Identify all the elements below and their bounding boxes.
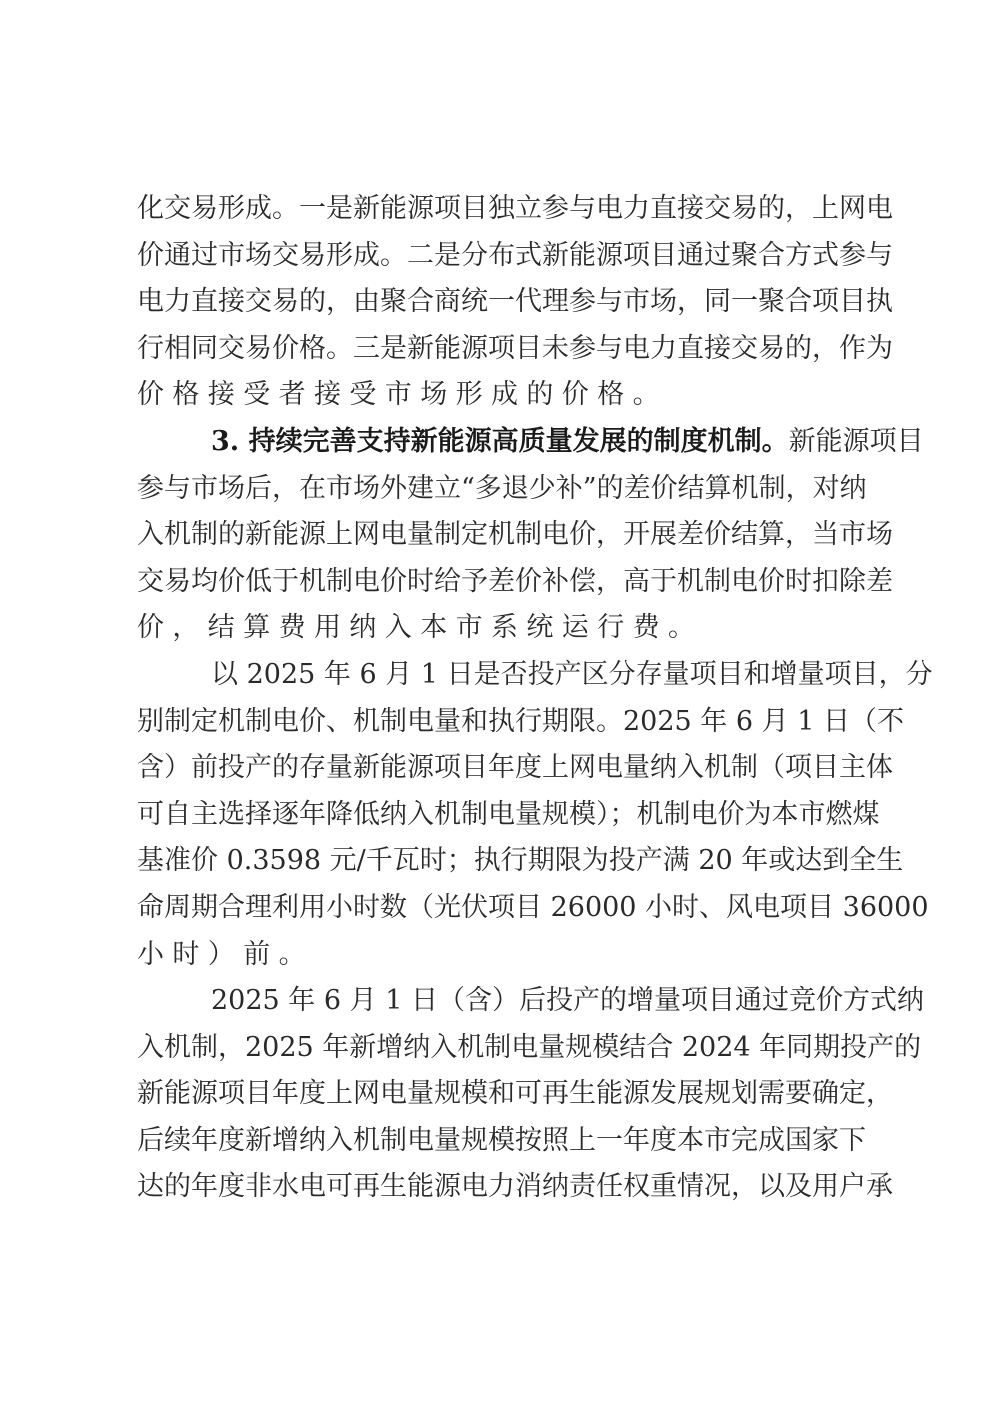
text-line: 价通过市场交易形成。二是分布式新能源项目通过聚合方式参与 [137, 233, 877, 280]
text-line: 基准价 0.3598 元/千瓦时；执行期限为投产满 20 年或达到全生 [137, 838, 877, 885]
text-line: 小时）前。 [137, 932, 877, 979]
paragraph-market-trading: 化交易形成。一是新能源项目独立参与电力直接交易的，上网电 价通过市场交易形成。二… [137, 186, 877, 419]
text-line: 新能源项目年度上网电量规模和可再生能源发展规划需要确定， [137, 1071, 877, 1118]
text-line: 2025 年 6 月 1 日（含）后投产的增量项目通过竞价方式纳 [137, 978, 877, 1025]
section-heading-line: 3. 持续完善支持新能源高质量发展的制度机制。新能源项目 [137, 419, 877, 466]
text-line: 别制定机制电价、机制电量和执行期限。2025 年 6 月 1 日（不 [137, 699, 877, 746]
text-line: 入机制，2025 年新增纳入机制电量规模结合 2024 年同期投产的 [137, 1025, 877, 1072]
text-line: 命周期合理利用小时数（光伏项目 26000 小时、风电项目 36000 [137, 885, 877, 932]
document-page: 化交易形成。一是新能源项目独立参与电力直接交易的，上网电 价通过市场交易形成。二… [0, 0, 1000, 1414]
section-heading: 3. 持续完善支持新能源高质量发展的制度机制。 [211, 426, 789, 457]
text-line: 价格接受者接受市场形成的价格。 [137, 372, 877, 419]
text-line: 参与市场后，在市场外建立“多退少补”的差价结算机制，对纳 [137, 466, 877, 513]
text-line: 以 2025 年 6 月 1 日是否投产区分存量项目和增量项目，分 [137, 652, 877, 699]
text-line: 化交易形成。一是新能源项目独立参与电力直接交易的，上网电 [137, 186, 877, 233]
paragraph-existing-projects: 以 2025 年 6 月 1 日是否投产区分存量项目和增量项目，分 别制定机制电… [137, 652, 877, 978]
text-line: 可自主选择逐年降低纳入机制电量规模）；机制电价为本市燃煤 [137, 792, 877, 839]
text-line: 价，结算费用纳入本市系统运行费。 [137, 605, 877, 652]
text-segment: 新能源项目 [789, 426, 924, 457]
paragraph-section-3: 3. 持续完善支持新能源高质量发展的制度机制。新能源项目 参与市场后，在市场外建… [137, 419, 877, 652]
text-line: 行相同交易价格。三是新能源项目未参与电力直接交易的，作为 [137, 326, 877, 373]
text-line: 交易均价低于机制电价时给予差价补偿，高于机制电价时扣除差 [137, 559, 877, 606]
text-line: 入机制的新能源上网电量制定机制电价，开展差价结算，当市场 [137, 512, 877, 559]
paragraph-incremental-projects: 2025 年 6 月 1 日（含）后投产的增量项目通过竞价方式纳 入机制，202… [137, 978, 877, 1211]
text-line: 电力直接交易的，由聚合商统一代理参与市场，同一聚合项目执 [137, 279, 877, 326]
text-line: 达的年度非水电可再生能源电力消纳责任权重情况，以及用户承 [137, 1164, 877, 1211]
text-line: 后续年度新增纳入机制电量规模按照上一年度本市完成国家下 [137, 1118, 877, 1165]
text-line: 含）前投产的存量新能源项目年度上网电量纳入机制（项目主体 [137, 745, 877, 792]
document-body: 化交易形成。一是新能源项目独立参与电力直接交易的，上网电 价通过市场交易形成。二… [137, 186, 877, 1211]
